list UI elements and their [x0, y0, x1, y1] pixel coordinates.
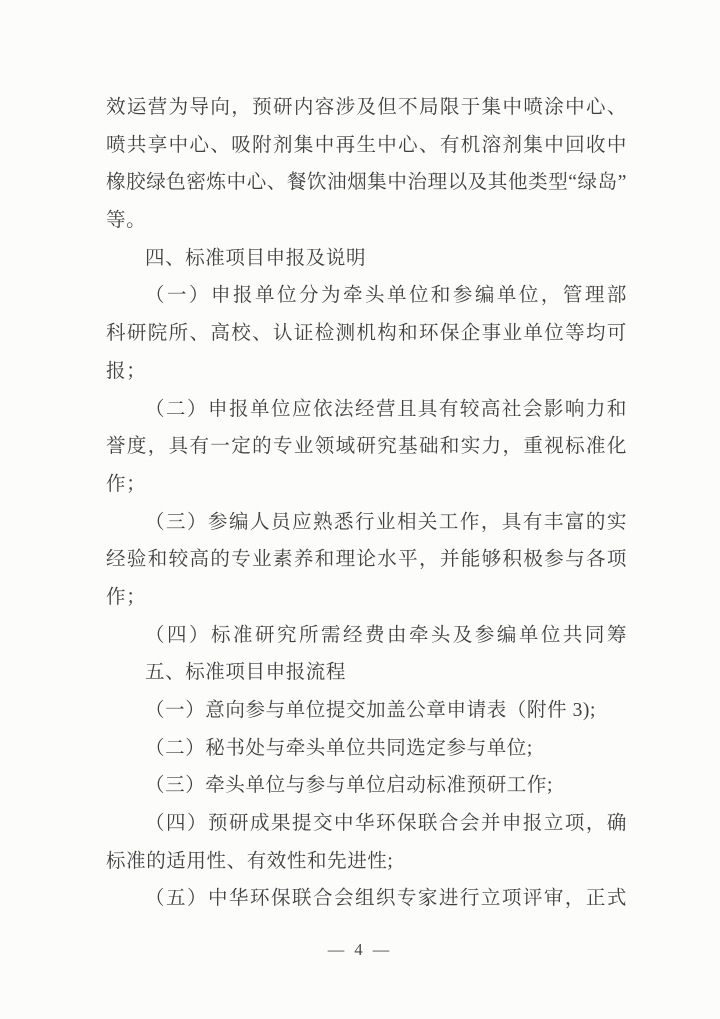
text-line: 誉度，具有一定的专业领域研究基础和实力，重视标准化工: [106, 428, 627, 466]
text-line: 作；: [106, 466, 627, 504]
text-line: 喷共享中心、吸附剂集中再生中心、有机溶剂集中回收中心、: [106, 127, 627, 165]
text-line: （五）中华环保联合会组织专家进行立项评审，正式立: [106, 880, 627, 918]
text-line: 效运营为导向，预研内容涉及但不局限于集中喷涂中心、钣: [106, 89, 627, 127]
text-line: 科研院所、高校、认证检测机构和环保企事业单位等均可申: [106, 315, 627, 353]
text-line: （三）牵头单位与参与单位启动标准预研工作;: [106, 767, 627, 805]
text-line: （四）预研成果提交中华环保联合会并申报立项，确保: [106, 805, 627, 843]
text-line: 五、标准项目申报流程: [106, 654, 627, 692]
text-line: 标准的适用性、有效性和先进性;: [106, 843, 627, 881]
text-line: 经验和较高的专业素养和理论水平，并能够积极参与各项工: [106, 541, 627, 579]
text-line: （一）意向参与单位提交加盖公章申请表（附件 3);: [106, 692, 627, 730]
text-line: 等。: [106, 202, 627, 240]
text-line: （三）参编人员应熟悉行业相关工作，具有丰富的实践: [106, 504, 627, 542]
document-page: 效运营为导向，预研内容涉及但不局限于集中喷涂中心、钣喷共享中心、吸附剂集中再生中…: [0, 0, 720, 1019]
text-line: （一）申报单位分为牵头单位和参编单位，管理部门、: [106, 277, 627, 315]
text-line: 四、标准项目申报及说明: [106, 240, 627, 278]
text-line: （二）秘书处与牵头单位共同选定参与单位;: [106, 730, 627, 768]
text-line: 作；: [106, 579, 627, 617]
text-line: （四）标准研究所需经费由牵头及参编单位共同筹措。: [106, 617, 627, 655]
text-line: （二）申报单位应依法经营且具有较高社会影响力和美: [106, 391, 627, 429]
page-number: — 4 —: [0, 936, 720, 964]
text-line: 报；: [106, 353, 627, 391]
text-line: 橡胶绿色密炼中心、餐饮油烟集中治理以及其他类型“绿岛”: [106, 164, 627, 202]
text-block: 效运营为导向，预研内容涉及但不局限于集中喷涂中心、钣喷共享中心、吸附剂集中再生中…: [106, 89, 627, 918]
